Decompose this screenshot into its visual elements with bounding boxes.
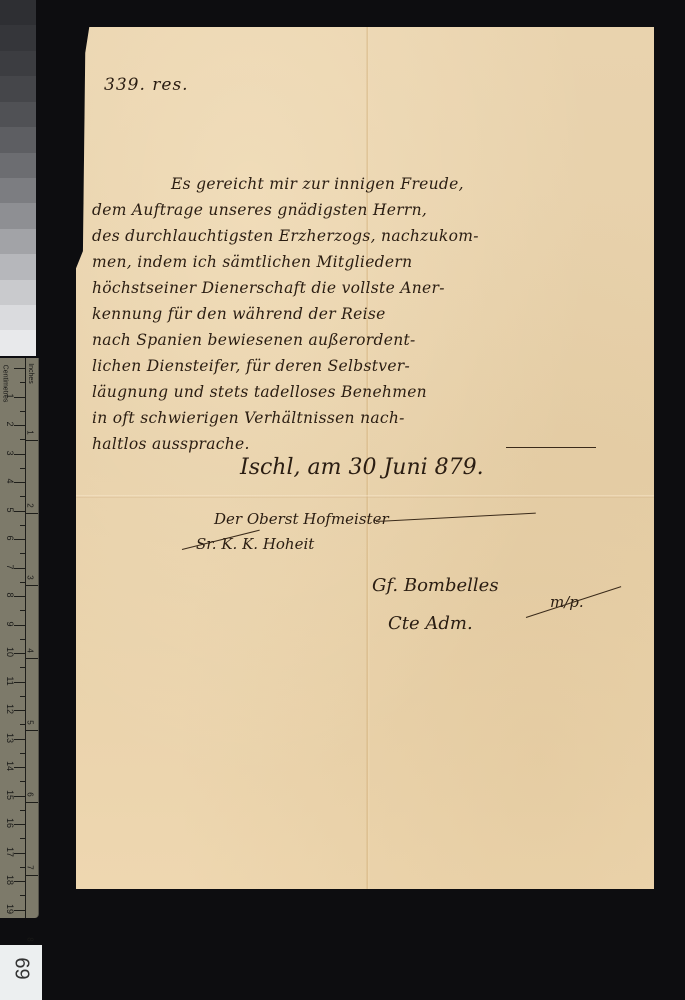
body-line: in oft schwierigen Verhältnissen nach- [92, 409, 405, 427]
grayscale-patch [0, 178, 36, 203]
ruler-cm-tick [14, 568, 26, 569]
ruler-cm-tick [14, 482, 26, 483]
ruler-inch-label: 4 [26, 648, 35, 652]
ruler-cm-label: 16 [5, 816, 15, 830]
ruler-cm-tick [14, 625, 26, 626]
ruler-cm-tick [14, 653, 26, 654]
ruler-inch-tick [26, 802, 38, 803]
ruler-cm-tick [14, 539, 26, 540]
ruler-cm-tick [20, 553, 26, 554]
ruler-cm-label: 9 [5, 617, 15, 631]
horizontal-fold-crease [76, 495, 654, 498]
ruler-inch-label: 2 [26, 503, 35, 507]
body-line: lichen Diensteifer, für deren Selbstver- [92, 357, 410, 375]
ruler-cm-tick [14, 397, 26, 398]
ruler-cm-tick [20, 895, 26, 896]
place-and-date: Ischl, am 30 Juni 879. [240, 455, 484, 480]
ruler-inch-label: 5 [26, 720, 35, 724]
ruler-cm-tick [20, 582, 26, 583]
signature-rank: Cte Adm. [388, 613, 473, 634]
grayscale-patch [0, 76, 36, 101]
ruler-cm-label: 7 [5, 560, 15, 574]
grayscale-patch [0, 51, 36, 76]
ruler-cm-tick [14, 596, 26, 597]
ruler-cm-tick [14, 511, 26, 512]
signature-flourish [526, 586, 621, 618]
ruler-cm-tick [14, 853, 26, 854]
ruler-cm-label: 14 [5, 759, 15, 773]
ruler-cm-tick [14, 739, 26, 740]
ruler-inch-tick [26, 440, 38, 441]
ruler-cm-tick [14, 881, 26, 882]
flourish-stroke [376, 513, 536, 522]
grayscale-patch [0, 153, 36, 178]
ruler-cm-tick [20, 382, 26, 383]
body-line: dem Auftrage unseres gnädigsten Herrn, [92, 201, 427, 219]
measurement-ruler: Centimetres Inches 123456789101112131415… [0, 358, 39, 918]
ruler-cm-tick [20, 810, 26, 811]
ruler-cm-tick [14, 425, 26, 426]
ruler-cm-label: 5 [5, 503, 15, 517]
ruler-cm-label: 3 [5, 446, 15, 460]
body-line: höchstseiner Dienerschaft die vollste An… [92, 279, 445, 297]
grayscale-patch [0, 305, 36, 330]
ruler-cm-tick [14, 368, 26, 369]
ruler-cm-label: 19 [5, 902, 15, 916]
ruler-cm-label: 10 [5, 645, 15, 659]
ruler-cm-tick [20, 639, 26, 640]
signoff-subtitle: Sr. K. K. Hoheit [196, 535, 314, 553]
grayscale-patch [0, 25, 36, 50]
ruler-cm-tick [14, 682, 26, 683]
ruler-cm-label: 1 [5, 389, 15, 403]
body-line: haltlos aussprache. [92, 435, 250, 453]
ruler-cm-tick [20, 838, 26, 839]
grayscale-patch [0, 203, 36, 228]
letter-sheet: 339. res. Es gereicht mir zur innigen Fr… [76, 27, 654, 889]
ruler-cm-tick [14, 910, 26, 911]
ruler-cm-tick [20, 753, 26, 754]
grayscale-calibration-strip [0, 0, 36, 356]
grayscale-patch [0, 127, 36, 152]
grayscale-patch [0, 102, 36, 127]
ruler-inch-tick [26, 513, 38, 514]
grayscale-patch [0, 0, 36, 25]
ruler-cm-tick [20, 781, 26, 782]
ruler-cm-tick [14, 824, 26, 825]
grayscale-patch [0, 280, 36, 305]
folio-tag: 69 [0, 945, 42, 1000]
ruler-cm-tick [20, 411, 26, 412]
ruler-cm-tick [20, 525, 26, 526]
ruler-inch-label: 6 [26, 793, 35, 797]
ruler-cm-label: 17 [5, 845, 15, 859]
ruler-cm-label: 4 [5, 474, 15, 488]
body-line: nach Spanien bewiesenen außerordent- [92, 331, 416, 349]
reference-number: 339. res. [104, 75, 189, 95]
ruler-cm-tick [20, 667, 26, 668]
ruler-inch-label: 3 [26, 575, 35, 579]
body-line: kennung für den während der Reise [92, 305, 386, 323]
ruler-cm-tick [20, 468, 26, 469]
ruler-cm-label: 6 [5, 531, 15, 545]
ruler-cm-tick [14, 796, 26, 797]
signature-name: Gf. Bombelles [372, 575, 499, 596]
ruler-cm-tick [20, 610, 26, 611]
folio-number: 69 [10, 957, 33, 979]
ruler-inch-tick [26, 730, 38, 731]
ruler-inch-tick [26, 875, 38, 876]
ruler-cm-label: 12 [5, 702, 15, 716]
date-underline [506, 447, 596, 448]
ruler-cm-label: 18 [5, 873, 15, 887]
ruler-cm-label: 2 [5, 417, 15, 431]
ruler-cm-label: 8 [5, 588, 15, 602]
ruler-cm-tick [20, 496, 26, 497]
ruler-inch-label: 8 [26, 937, 35, 941]
grayscale-patch [0, 254, 36, 279]
grayscale-patch [0, 330, 36, 355]
ruler-inch-unit-label: Inches [27, 363, 34, 384]
ruler-cm-label: 15 [5, 788, 15, 802]
ruler-cm-tick [14, 710, 26, 711]
ruler-cm-label: 11 [5, 674, 15, 688]
ruler-cm-tick [14, 454, 26, 455]
ruler-inch-label: 7 [26, 865, 35, 869]
ruler-cm-tick [14, 767, 26, 768]
body-line: men, indem ich sämtlichen Mitgliedern [92, 253, 412, 271]
ruler-cm-tick [20, 696, 26, 697]
body-line: läugnung und stets tadelloses Benehmen [92, 383, 427, 401]
body-line: des durchlauchtigsten Erzherzogs, nachzu… [92, 227, 479, 245]
signoff-title: Der Oberst Hofmeister [214, 510, 389, 528]
grayscale-patch [0, 229, 36, 254]
ruler-cm-label: 13 [5, 731, 15, 745]
ruler-inch-label: 1 [26, 431, 35, 435]
ruler-inch-tick [26, 658, 38, 659]
body-line: Es gereicht mir zur innigen Freude, [171, 175, 464, 193]
ruler-inch-tick [26, 585, 38, 586]
